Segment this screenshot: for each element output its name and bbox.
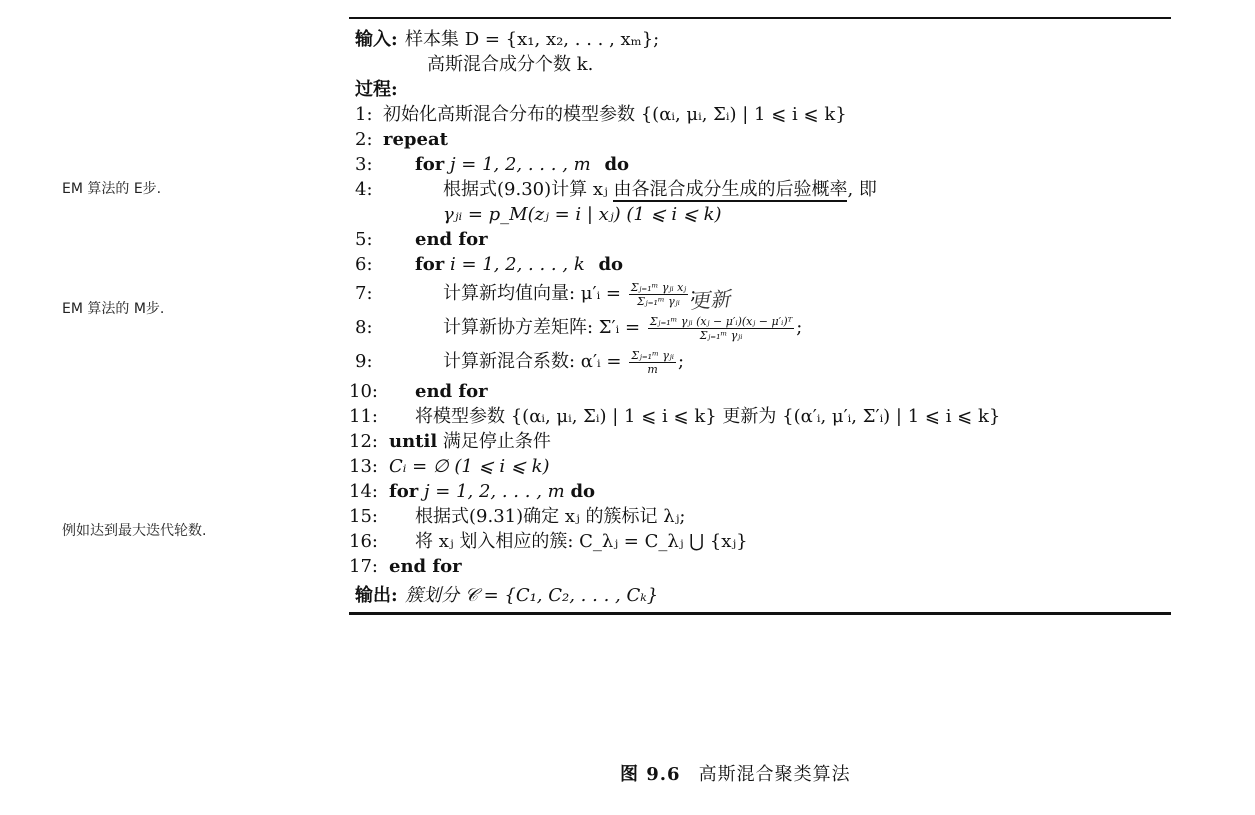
step-2: 2: repeat (349, 127, 1171, 152)
bottom-rule (349, 612, 1171, 615)
step-text: 将 xⱼ 划入相应的簇: C_λⱼ = C_λⱼ ⋃ {xⱼ} (415, 529, 748, 554)
step-text: 计算新混合系数: α′ᵢ = (443, 351, 621, 372)
keyword-end-for: end for (415, 227, 488, 252)
mean-fraction: Σⱼ₌₁ᵐ γⱼᵢ xⱼΣⱼ₌₁ᵐ γⱼᵢ (629, 281, 688, 308)
step-15: 15: 根据式(9.31)确定 xⱼ 的簇标记 λⱼ; (349, 504, 1171, 529)
output-label: 输出: (355, 583, 398, 608)
mixing-coef-fraction: Σⱼ₌₁ᵐ γⱼᵢm (629, 349, 676, 376)
step-1: 1: 初始化高斯混合分布的模型参数 {(αᵢ, μᵢ, Σᵢ) | 1 ⩽ i … (349, 102, 1171, 127)
step-text: 将模型参数 {(αᵢ, μᵢ, Σᵢ) | 1 ⩽ i ⩽ k} 更新为 {(α… (415, 404, 1000, 429)
step-text: 根据式(9.30)计算 xⱼ (443, 179, 613, 200)
posterior-formula: γⱼᵢ = p_M(zⱼ = i | xⱼ) (1 ⩽ i ⩽ k) (443, 202, 722, 227)
step-12: 12: until 满足停止条件 (349, 429, 1171, 454)
keyword-repeat: repeat (383, 127, 448, 152)
step-number: 9: (355, 345, 389, 379)
denominator: Σⱼ₌₁ᵐ γⱼᵢ (635, 295, 682, 308)
step-17: 17: end for (349, 554, 1171, 579)
step-6: 6: for i = 1, 2, . . . , k do (349, 252, 1171, 277)
denominator: Σⱼ₌₁ᵐ γⱼᵢ (698, 329, 745, 342)
step-11: 11: 将模型参数 {(αᵢ, μᵢ, Σᵢ) | 1 ⩽ i ⩽ k} 更新为… (349, 404, 1171, 429)
input-line-1: 输入: 样本集 D = {x₁, x₂, . . . , xₘ}; (349, 27, 1171, 52)
figure-caption: 图 9.6高斯混合聚类算法 (620, 760, 851, 786)
figure-title: 高斯混合聚类算法 (699, 764, 851, 785)
step-number: 11: (349, 404, 383, 429)
step-number: 10: (349, 379, 383, 404)
step-4-continued: γⱼᵢ = p_M(zⱼ = i | xⱼ) (1 ⩽ i ⩽ k) (349, 202, 1171, 227)
step-text: 计算新协方差矩阵: Σ′ᵢ = (443, 317, 640, 338)
step-number: 6: (355, 252, 389, 277)
step-number: 7: (355, 277, 389, 311)
output-text: 簇划分 𝒞 = {C₁, C₂, . . . , Cₖ} (405, 583, 658, 608)
step-9: 9: 计算新混合系数: α′ᵢ = Σⱼ₌₁ᵐ γⱼᵢm; (349, 345, 1171, 379)
output-line: 输出: 簇划分 𝒞 = {C₁, C₂, . . . , Cₖ} (349, 583, 1171, 608)
loop-range: j = 1, 2, . . . , m (450, 154, 591, 175)
step-number: 8: (355, 311, 389, 345)
keyword-end-for: end for (415, 379, 488, 404)
keyword-for: for (415, 254, 444, 275)
keyword-until: until (389, 431, 437, 452)
input-text-2: 高斯混合成分个数 k. (427, 52, 593, 77)
step-3: 3: for j = 1, 2, . . . , m do (349, 152, 1171, 177)
step-number: 16: (349, 529, 383, 554)
step-10: 10: end for (349, 379, 1171, 404)
input-line-2: 高斯混合成分个数 k. (349, 52, 1171, 77)
top-rule (349, 17, 1171, 19)
loop-range: i = 1, 2, . . . , k (450, 254, 585, 275)
loop-range: j = 1, 2, . . . , m (424, 481, 565, 502)
margin-note-stop-condition: 例如达到最大迭代轮数. (62, 520, 206, 540)
step-number: 14: (349, 479, 383, 504)
step-7: 7: 计算新均值向量: μ′ᵢ = Σⱼ₌₁ᵐ γⱼᵢ xⱼΣⱼ₌₁ᵐ γⱼᵢ; (349, 277, 1171, 311)
semicolon: ; (678, 351, 684, 372)
covariance-fraction: Σⱼ₌₁ᵐ γⱼᵢ (xⱼ − μ′ᵢ)(xⱼ − μ′ᵢ)ᵀΣⱼ₌₁ᵐ γⱼᵢ (648, 315, 794, 342)
step-number: 3: (355, 152, 389, 177)
margin-note-m-step: EM 算法的 M步. (62, 298, 164, 318)
step-number: 12: (349, 429, 383, 454)
keyword-for: for (415, 154, 444, 175)
step-14: 14: for j = 1, 2, . . . , m do (349, 479, 1171, 504)
step-8: 8: 计算新协方差矩阵: Σ′ᵢ = Σⱼ₌₁ᵐ γⱼᵢ (xⱼ − μ′ᵢ)(… (349, 311, 1171, 345)
step-text-tail: , 即 (847, 179, 876, 200)
step-13: 13: Cᵢ = ∅ (1 ⩽ i ⩽ k) (349, 454, 1171, 479)
step-text: 根据式(9.31)确定 xⱼ 的簇标记 λⱼ; (415, 504, 685, 529)
figure-label: 图 9.6 (620, 764, 681, 785)
keyword-do: do (604, 154, 629, 175)
step-number: 4: (355, 177, 389, 202)
keyword-do: do (570, 481, 595, 502)
algorithm-box: 输入: 样本集 D = {x₁, x₂, . . . , xₘ}; 高斯混合成分… (349, 17, 1171, 615)
step-number: 15: (349, 504, 383, 529)
step-number: 17: (349, 554, 383, 579)
denominator: m (645, 363, 659, 376)
numerator: Σⱼ₌₁ᵐ γⱼᵢ xⱼ (629, 281, 688, 295)
process-label: 过程: (355, 77, 398, 102)
semicolon: ; (796, 317, 802, 338)
keyword-end-for: end for (389, 554, 462, 579)
input-label: 输入: (355, 27, 398, 52)
step-4: 4: 根据式(9.30)计算 xⱼ 由各混合成分生成的后验概率, 即 (349, 177, 1171, 202)
step-16: 16: 将 xⱼ 划入相应的簇: C_λⱼ = C_λⱼ ⋃ {xⱼ} (349, 529, 1171, 554)
keyword-for: for (389, 481, 418, 502)
step-text: 计算新均值向量: μ′ᵢ = (443, 283, 621, 304)
step-5: 5: end for (349, 227, 1171, 252)
numerator: Σⱼ₌₁ᵐ γⱼᵢ (629, 349, 676, 363)
step-text: 初始化高斯混合分布的模型参数 {(αᵢ, μᵢ, Σᵢ) | 1 ⩽ i ⩽ k… (383, 102, 847, 127)
step-number: 5: (355, 227, 389, 252)
input-text-1: 样本集 D = {x₁, x₂, . . . , xₘ}; (405, 27, 659, 52)
step-text: 满足停止条件 (443, 431, 551, 452)
numerator: Σⱼ₌₁ᵐ γⱼᵢ (xⱼ − μ′ᵢ)(xⱼ − μ′ᵢ)ᵀ (648, 315, 794, 329)
process-line: 过程: (349, 77, 1171, 102)
step-number: 13: (349, 454, 383, 479)
margin-note-e-step: EM 算法的 E步. (62, 178, 161, 198)
keyword-do: do (598, 254, 623, 275)
handwritten-annotation: 更新 (689, 283, 731, 315)
underlined-text: 由各混合成分生成的后验概率 (613, 179, 847, 202)
step-text: Cᵢ = ∅ (1 ⩽ i ⩽ k) (389, 454, 550, 479)
